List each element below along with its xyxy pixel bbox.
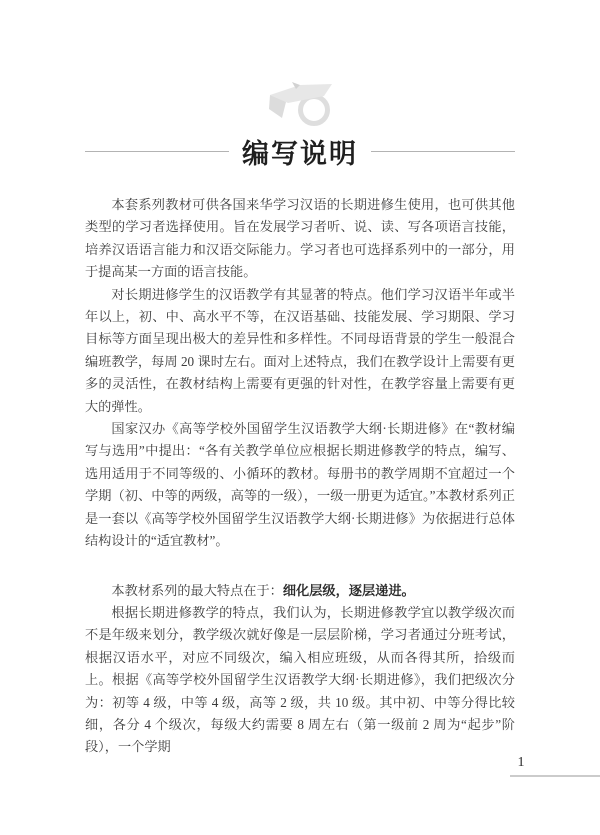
chapter-title-row: 编写说明 — [85, 131, 515, 171]
publisher-logo-watermark-icon — [256, 78, 348, 132]
title-rule-left — [85, 151, 229, 152]
page-title: 编写说明 — [229, 132, 371, 171]
page-number: 1 — [512, 755, 530, 771]
paragraph-level-system: 根据长期进修教学的特点，我们认为，长期进修教学宜以教学级次而不是年级来划分，教学… — [85, 602, 515, 759]
paragraph-teaching-characteristics: 对长期进修学生的汉语教学有其显著的特点。他们学习汉语半年或半年以上，初、中、高水… — [85, 284, 515, 418]
paragraph-key-feature: 本教材系列的最大特点在于：细化层级，逐层递进。 — [85, 580, 515, 602]
key-feature-prefix: 本教材系列的最大特点在于： — [111, 583, 282, 598]
book-page: 编写说明 本套系列教材可供各国来华学习汉语的长期进修生使用，也可供其他类型的学习… — [0, 0, 600, 835]
key-feature-bold-text: 细化层级，逐层递进。 — [283, 583, 415, 598]
title-rule-right — [371, 151, 515, 152]
footer-rule — [510, 775, 600, 777]
body-text-block: 本套系列教材可供各国来华学习汉语的长期进修生使用，也可供其他类型的学习者选择使用… — [85, 194, 515, 759]
paragraph-hanban-outline: 国家汉办《高等学校外国留学生汉语教学大纲·长期进修》在“教材编写与选用”中提出：… — [85, 418, 515, 552]
paragraph-intro: 本套系列教材可供各国来华学习汉语的长期进修生使用，也可供其他类型的学习者选择使用… — [85, 194, 515, 284]
